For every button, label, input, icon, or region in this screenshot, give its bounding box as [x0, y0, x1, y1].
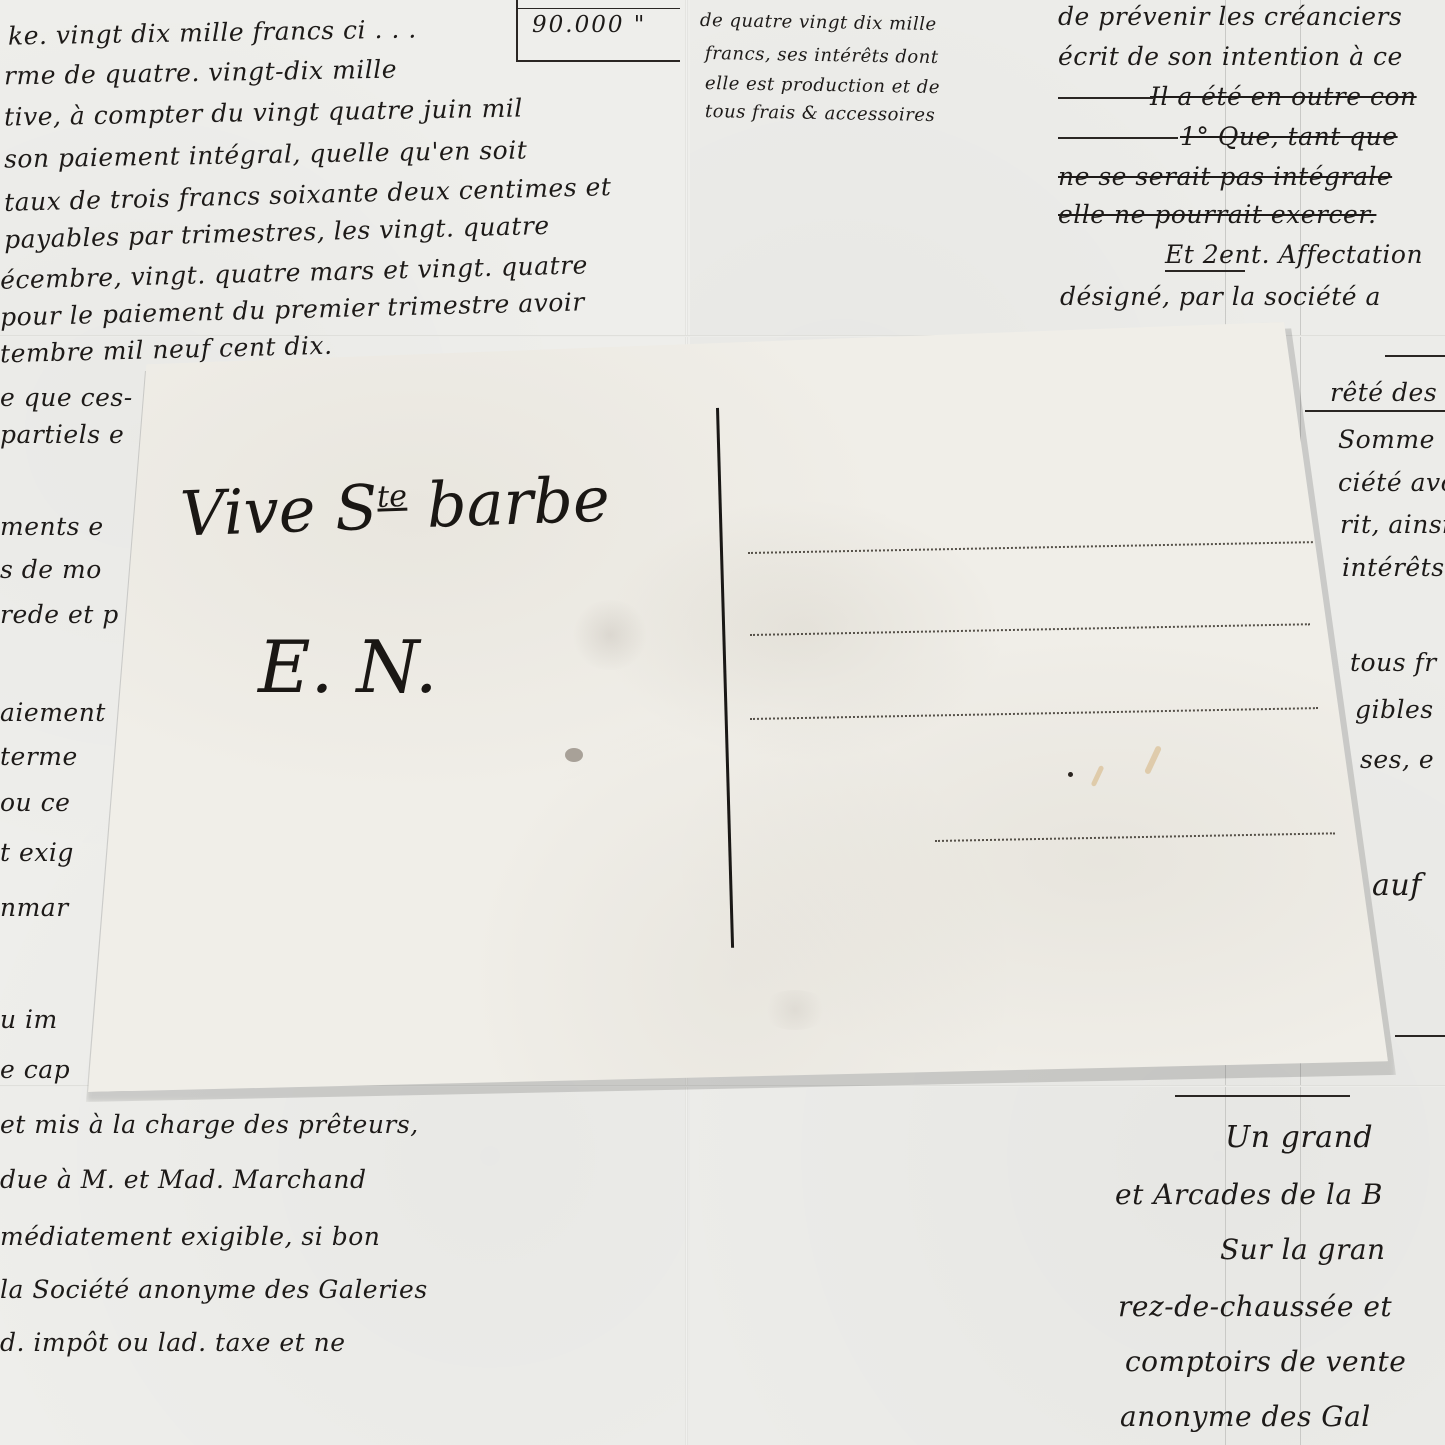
- handwritten-fragment: intérêts: [1342, 553, 1445, 582]
- handwritten-line: comptoirs de vente: [1125, 1345, 1406, 1378]
- handwritten-line: Et 2ent. Affectation: [1165, 240, 1423, 269]
- handwritten-line: rez-de-chaussée et: [1118, 1290, 1392, 1323]
- underline: [1305, 410, 1445, 412]
- handwritten-fragment: ments e: [0, 512, 104, 541]
- underline: [1395, 1035, 1445, 1037]
- handwritten-fragment: rit, ainsi: [1340, 510, 1445, 539]
- handwritten-line: anonyme des Gal: [1120, 1400, 1371, 1433]
- handwritten-fragment: partiels e: [0, 420, 124, 449]
- stain: [565, 748, 583, 762]
- amount-value: 90.000 ": [532, 12, 646, 38]
- struck-line: 1° Que, tant que: [1180, 122, 1398, 151]
- handwritten-line: la Société anonyme des Galeries: [0, 1275, 428, 1304]
- handwritten-fragment: terme: [0, 742, 78, 771]
- underline: [1165, 270, 1245, 272]
- handwritten-line: due à M. et Mad. Marchand: [0, 1165, 366, 1194]
- handwritten-fragment: e que ces-: [0, 383, 133, 412]
- handwritten-fragment: ciété avo: [1338, 468, 1445, 497]
- handwritten-fragment: rêté des: [1330, 378, 1437, 407]
- underline: [1175, 1095, 1350, 1097]
- stain: [570, 600, 650, 670]
- handwritten-fragment: ses, e: [1360, 745, 1434, 774]
- handwritten-fragment: s de mo: [0, 555, 102, 584]
- handwritten-line: Sur la gran: [1220, 1233, 1386, 1266]
- strike-rule: [1058, 137, 1178, 139]
- handwritten-fragment: Somme: [1338, 425, 1435, 454]
- handwritten-fragment: auf: [1372, 868, 1422, 903]
- handwritten-fragment: u im: [0, 1005, 58, 1034]
- handwritten-line: de prévenir les créanciers: [1058, 2, 1402, 31]
- box-rule: [518, 8, 680, 9]
- handwritten-fragment: gibles: [1355, 695, 1434, 724]
- handwritten-fragment: tous fr: [1350, 648, 1437, 677]
- postcard-signature: E. N.: [258, 625, 438, 709]
- handwritten-line: et mis à la charge des prêteurs,: [0, 1110, 419, 1139]
- greeting-superscript: te: [376, 479, 407, 515]
- struck-line: ne se serait pas intégrale: [1058, 162, 1392, 191]
- handwritten-line: et Arcades de la B: [1115, 1178, 1383, 1211]
- handwritten-fragment: nmar: [0, 893, 69, 922]
- greeting-text-rest: barbe: [406, 463, 611, 543]
- amount-box: 90.000 ": [516, 0, 680, 62]
- strike-rule: [1058, 97, 1153, 99]
- greeting-text: Vive S: [179, 471, 379, 551]
- handwritten-note: de quatre vingt dix mille: [700, 10, 937, 35]
- ink-spot: [1068, 772, 1073, 777]
- postcard-greeting: Vive Ste barbe: [179, 463, 611, 551]
- handwritten-fragment: t exig: [0, 838, 74, 867]
- handwritten-note: francs, ses intérêts dont: [705, 43, 939, 68]
- handwritten-fragment: ou ce: [0, 788, 70, 817]
- handwritten-fragment: rede et p: [0, 600, 119, 629]
- handwritten-note: tous frais & accessoires: [705, 101, 936, 126]
- handwritten-line: écrit de son intention à ce: [1058, 42, 1403, 71]
- handwritten-line: Un grand: [1225, 1120, 1373, 1155]
- handwritten-fragment: aiement: [0, 698, 106, 727]
- handwritten-line: médiatement exigible, si bon: [0, 1222, 380, 1251]
- handwritten-note: elle est production et de: [705, 73, 940, 98]
- handwritten-fragment: e cap: [0, 1055, 70, 1084]
- underline: [1385, 355, 1445, 357]
- stain: [760, 990, 830, 1030]
- struck-line: elle ne pourrait exercer.: [1058, 200, 1376, 229]
- handwritten-line: d. impôt ou lad. taxe et ne: [0, 1328, 346, 1357]
- handwritten-line: désigné, par la société a: [1060, 282, 1381, 311]
- photo-scene: 90.000 " ke. vingt dix mille francs ci .…: [0, 0, 1445, 1445]
- struck-line: Il a été en outre con: [1150, 82, 1417, 111]
